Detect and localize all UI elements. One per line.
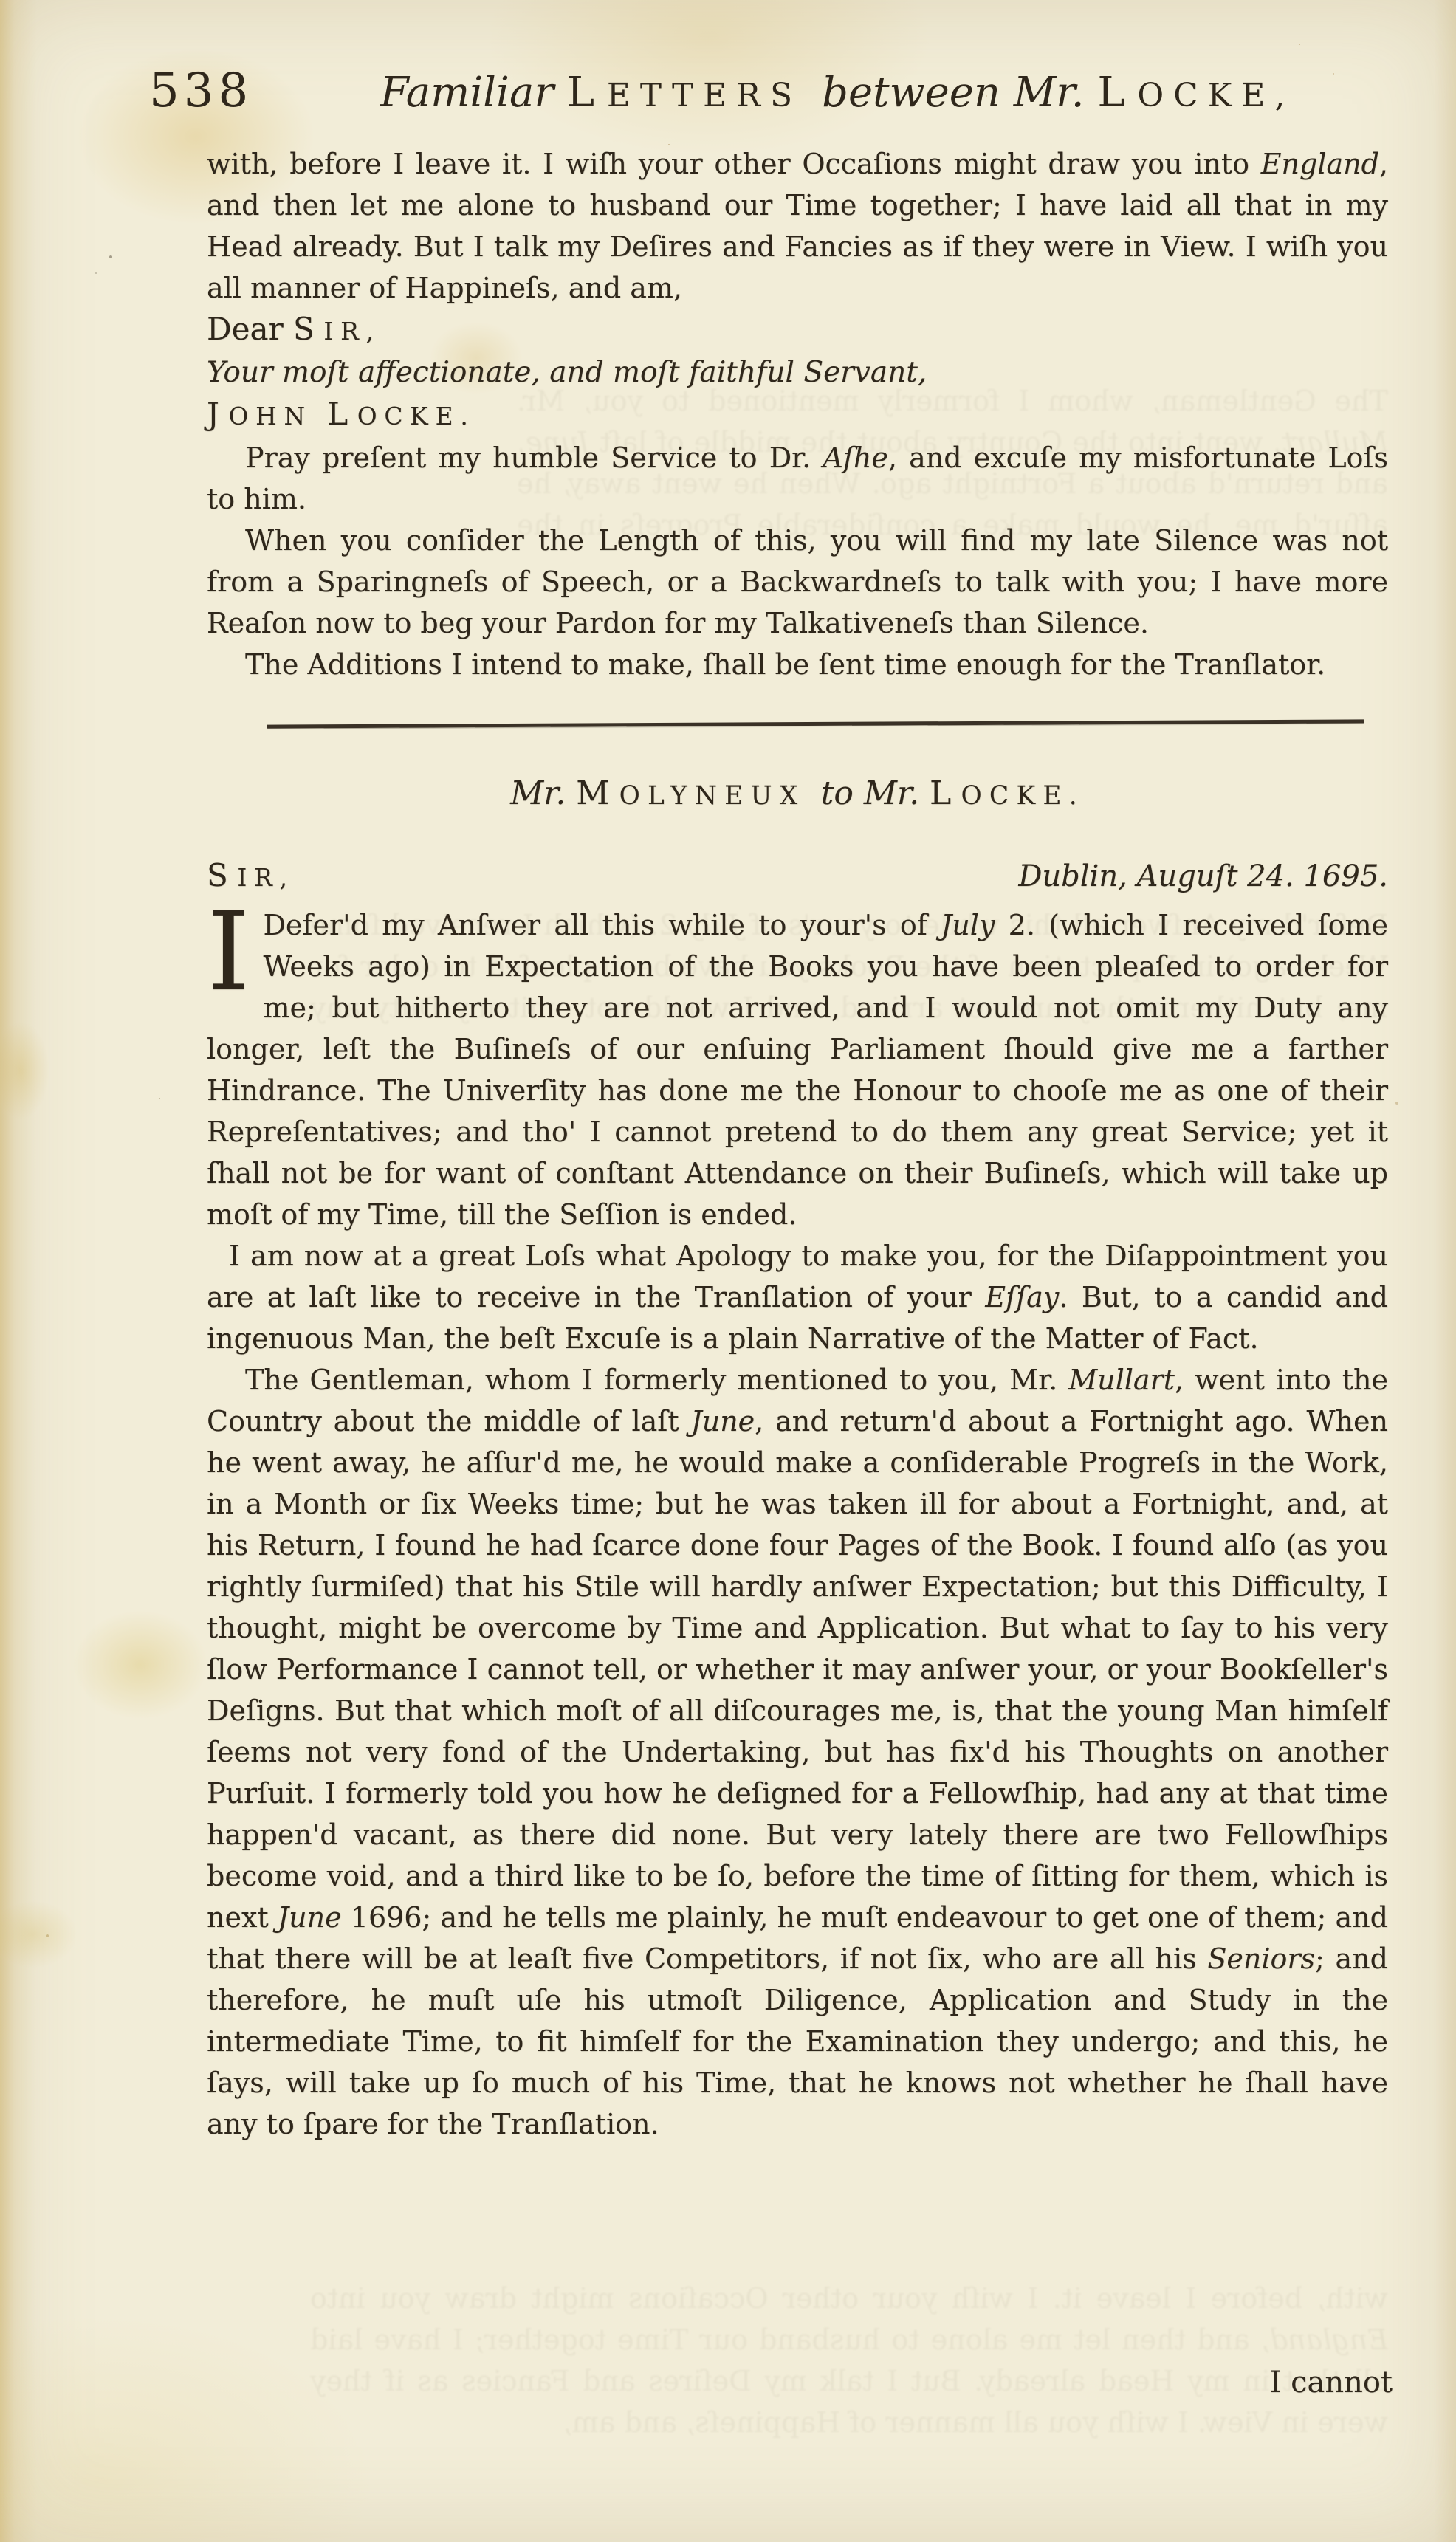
drop-cap-initial: I [207, 904, 263, 993]
letter1-postscript-1: Pray preſent my humble Service to Dr. Aſ… [207, 437, 1388, 520]
catchword: I cannot [1270, 2366, 1393, 2400]
letter1-postscript-2: When you conſider the Length of this, yo… [207, 520, 1388, 644]
letter2-paragraph-2: I am now at a great Loſs what Apology to… [207, 1235, 1388, 1359]
letter2-paragraph-1-text: Defer'd my Anſwer all this while to your… [207, 909, 1388, 1231]
page-number: 538 [149, 63, 253, 118]
letter2-heading: Mr. MOLYNEUX to Mr. LOCKE. [207, 773, 1388, 817]
section-divider-rule [267, 719, 1364, 728]
running-title: Familiar LETTERS between Mr. LOCKE, [282, 69, 1393, 117]
ghost-showthrough: with, before I leave it. I wiſh your oth… [310, 2278, 1388, 2451]
book-page: The Gentleman, whom I formerly mentioned… [0, 0, 1456, 2542]
letter2-dateline: Dublin, Auguſt 24. 1695. [1018, 856, 1388, 897]
letter1-postscript-3: The Additions I intend to make, ſhall be… [207, 644, 1388, 685]
letter1-signature: JOHN LOCKE. [207, 394, 475, 437]
letter1-closing-line: Your moſt affectionate, and moſt faithfu… [207, 352, 1388, 394]
letter2-salutation: SIR, [207, 855, 295, 899]
running-header: 538 Familiar LETTERS between Mr. LOCKE, [149, 63, 1393, 118]
ink-specks [0, 0, 3, 3]
letter1-salutation: Dear SIR, [207, 309, 1388, 352]
text-column: with, before I leave it. I wiſh your oth… [207, 143, 1388, 2145]
letter1-continuation-paragraph: with, before I leave it. I wiſh your oth… [207, 143, 1388, 309]
letter2-paragraph-1: IDefer'd my Anſwer all this while to you… [207, 904, 1388, 1235]
letter2-salutation-line: SIR, Dublin, Auguſt 24. 1695. [207, 855, 1388, 899]
letter2-paragraph-3: The Gentleman, whom I formerly mentioned… [207, 1359, 1388, 2145]
